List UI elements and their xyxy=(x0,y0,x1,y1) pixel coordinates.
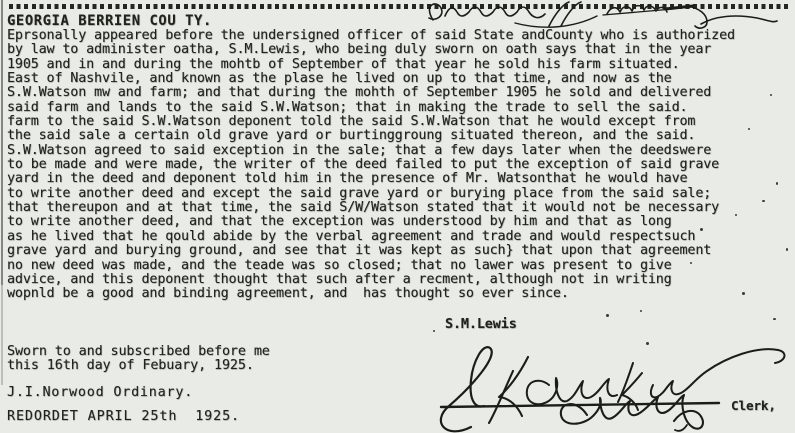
noise-speck xyxy=(640,310,642,312)
noise-speck xyxy=(742,292,745,295)
noise-speck xyxy=(646,342,649,345)
scanned-affidavit-page: GEORGIA BERRIEN COU TY. Eprsonally appea… xyxy=(0,0,795,433)
handwritten-top-scribble xyxy=(415,0,795,30)
body-line: by law to administer oatha, S.M.Lewis, w… xyxy=(7,43,735,57)
clerk-handwritten-signature xyxy=(425,335,795,433)
jurat-line-1: Sworn to and subscribed before me xyxy=(7,344,270,359)
noise-speck xyxy=(786,248,788,251)
body-line: to write another deed and except the sai… xyxy=(7,187,735,201)
body-line: S.W.Watson mw and farm; and that during … xyxy=(7,86,735,100)
recorded-date-line: REDORDET APRIL 25th 1925. xyxy=(7,409,240,424)
noise-speck xyxy=(770,94,772,96)
jurat-line-2: this 16th day of Febuary, 1925. xyxy=(7,358,254,373)
scan-edge-line xyxy=(1,0,3,285)
county-header: GEORGIA BERRIEN COU TY. xyxy=(7,13,212,29)
body-line: to write another deed, and that the exce… xyxy=(7,215,735,229)
noise-speck xyxy=(700,228,703,231)
noise-speck xyxy=(776,182,778,185)
noise-speck xyxy=(735,214,737,216)
body-line: the said sale a certain old grave yard o… xyxy=(7,129,735,143)
body-line: 1905 and in and during the mohtb of Sept… xyxy=(7,58,735,72)
body-line: S.W.Watson agreed to said exception in t… xyxy=(7,144,735,158)
body-line: said farm and lands to the said S.W.Wats… xyxy=(7,101,735,115)
body-line: wopnld be a good and binding agreement, … xyxy=(7,287,735,301)
noise-speck xyxy=(748,128,750,130)
body-line: grave yard and burying ground, and see t… xyxy=(7,244,735,258)
noise-speck xyxy=(690,262,692,264)
deponent-typed-signature: S.M.Lewis xyxy=(445,317,517,332)
ordinary-name-line: J.I.Norwood Ordinary. xyxy=(7,385,193,400)
noise-speck xyxy=(762,200,765,202)
scan-edge-line-faint xyxy=(1,285,3,385)
noise-speck xyxy=(433,330,435,332)
affidavit-body: Eprsonally appeared before the undersign… xyxy=(7,29,735,302)
body-line: as he lived that he qould abide by the v… xyxy=(7,230,735,244)
noise-speck xyxy=(773,318,776,320)
noise-speck xyxy=(606,314,609,317)
body-line: yard in the deed and deponent told him i… xyxy=(7,172,735,186)
body-line: no new deed was made, and the teade was … xyxy=(7,259,735,273)
